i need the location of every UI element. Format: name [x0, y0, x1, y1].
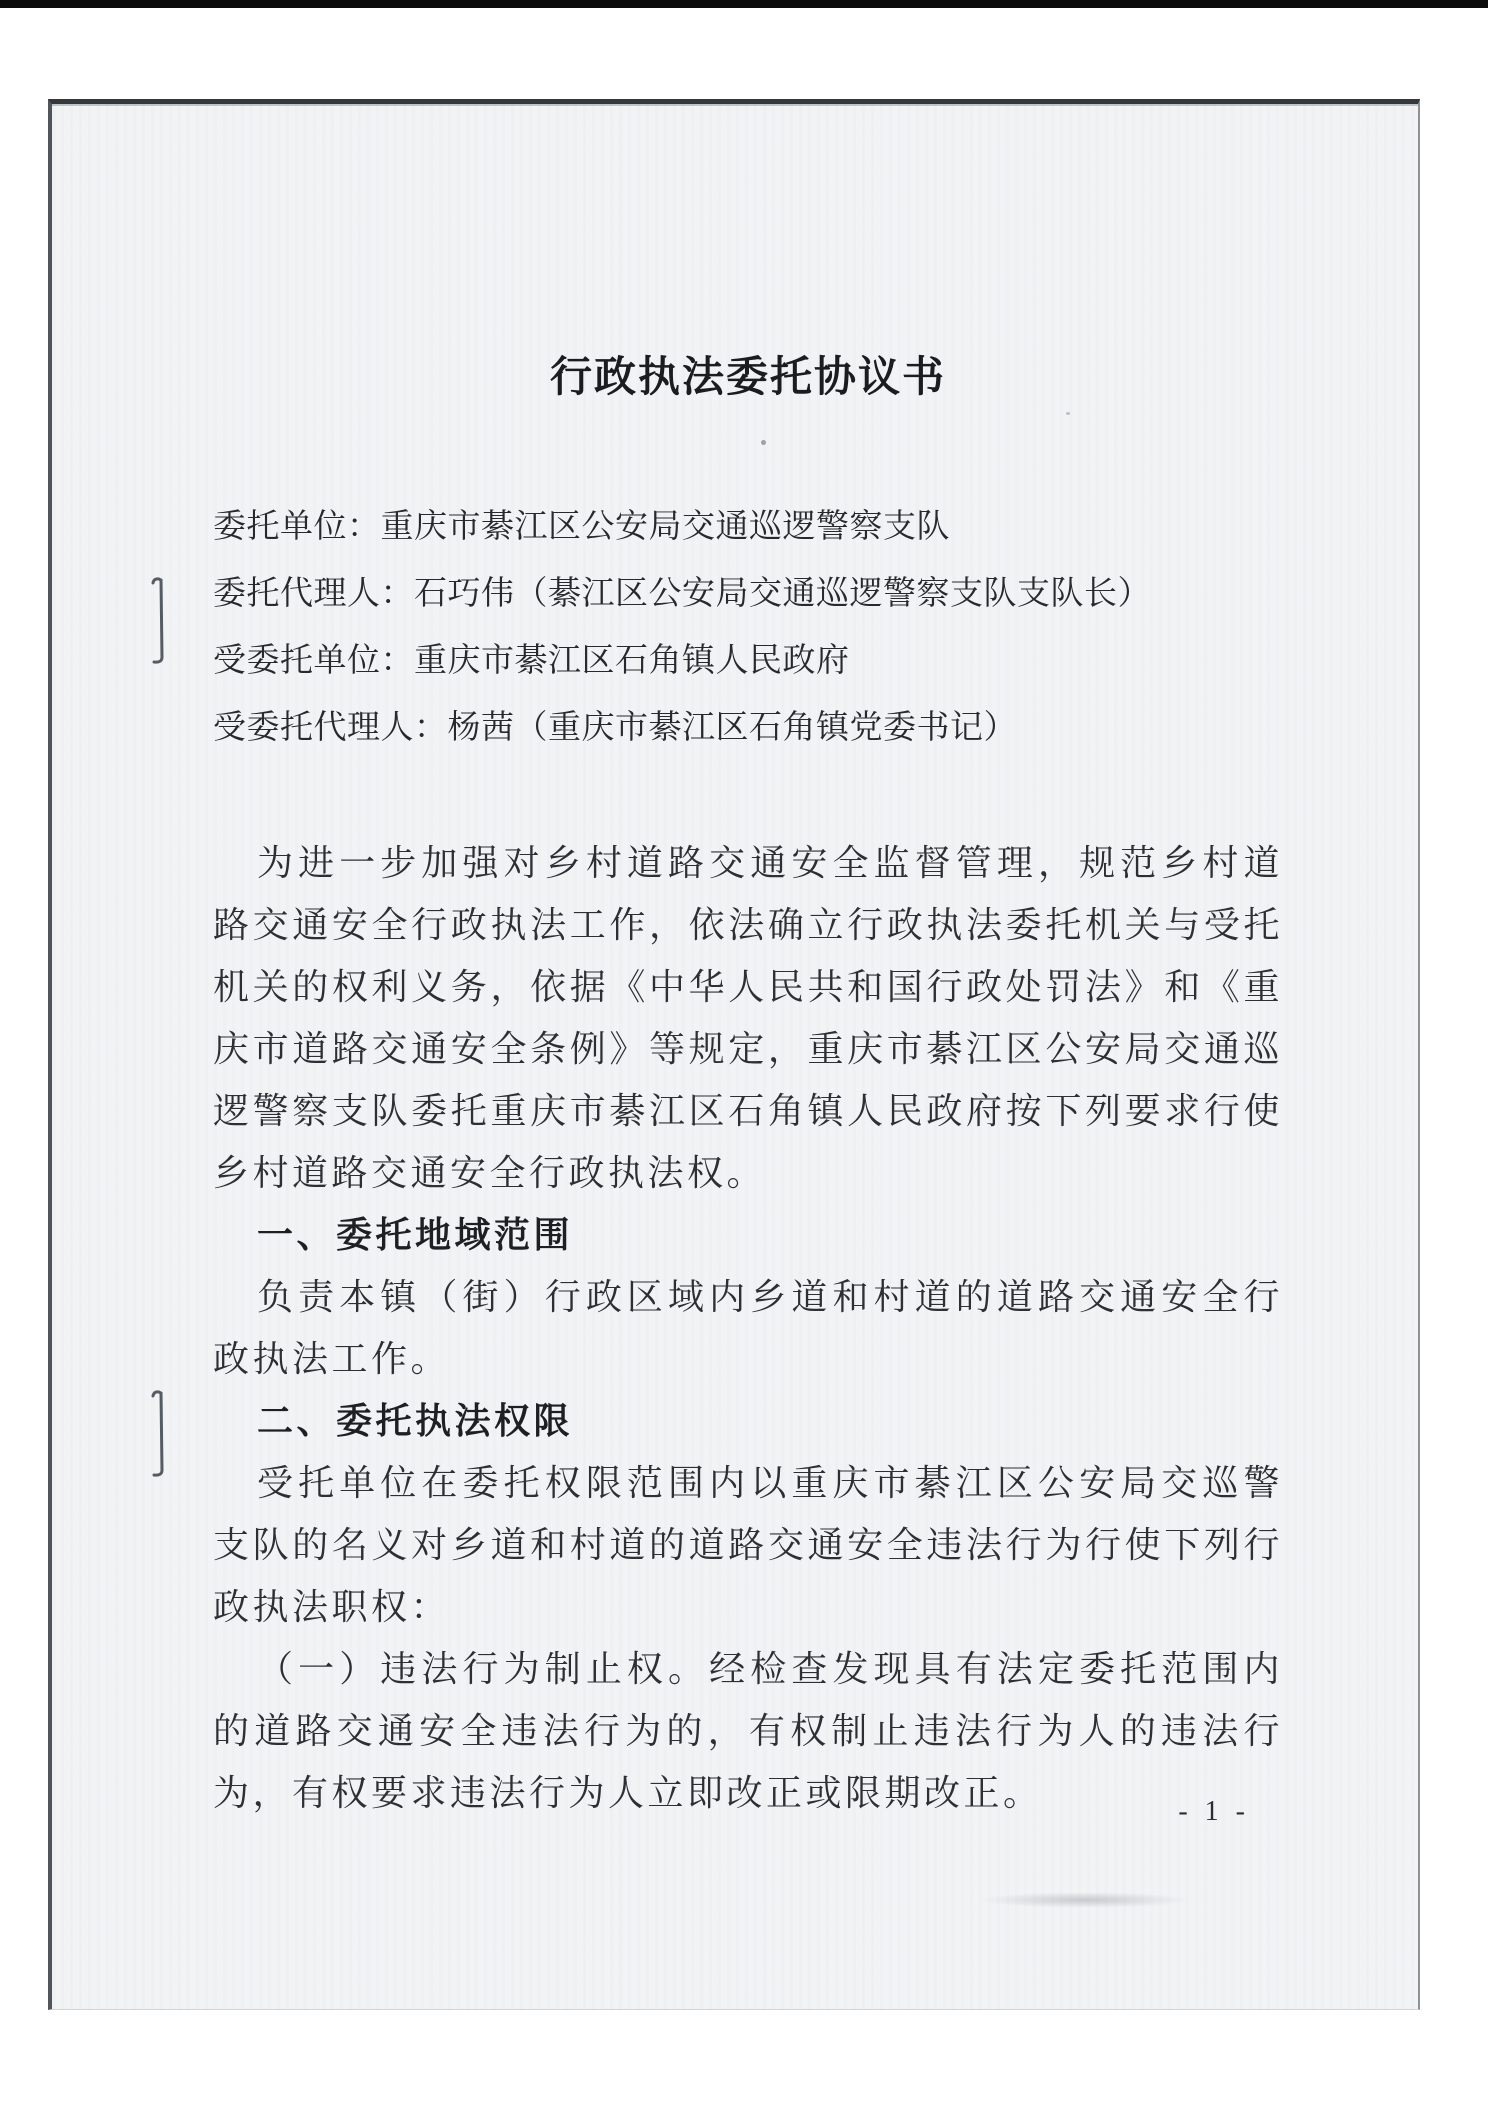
body-paragraph-scope: 负责本镇（街）行政区域内乡道和村道的道路交通安全行政执法工作。 [213, 1266, 1283, 1390]
party-line-entrusting-unit: 委托单位：重庆市綦江区公安局交通巡逻警察支队 [213, 494, 1283, 561]
document-title: 行政执法委托协议书 [213, 104, 1283, 404]
body-paragraph-item-1: （一）违法行为制止权。经检查发现具有法定委托范围内的道路交通安全违法行为的，有权… [213, 1638, 1283, 1824]
paper-page: 行政执法委托协议书 委托单位：重庆市綦江区公安局交通巡逻警察支队 委托代理人：石… [48, 99, 1420, 2010]
body-paragraph-authority-intro: 受托单位在委托权限范围内以重庆市綦江区公安局交巡警支队的名义对乡道和村道的道路交… [213, 1452, 1283, 1638]
scanner-top-band [0, 0, 1488, 8]
section-heading-2: 二、委托执法权限 [213, 1390, 1283, 1452]
party-line-entrusting-agent: 委托代理人：石巧伟（綦江区公安局交通巡逻警察支队支队长） [213, 561, 1283, 628]
party-line-entrusted-agent: 受委托代理人：杨茜（重庆市綦江区石角镇党委书记） [213, 695, 1283, 762]
scanned-document: 行政执法委托协议书 委托单位：重庆市綦江区公安局交通巡逻警察支队 委托代理人：石… [0, 0, 1488, 2104]
body-paragraph-preamble: 为进一步加强对乡村道路交通安全监督管理，规范乡村道路交通安全行政执法工作，依法确… [213, 832, 1283, 1204]
document-content: 行政执法委托协议书 委托单位：重庆市綦江区公安局交通巡逻警察支队 委托代理人：石… [52, 104, 1418, 2009]
page-number: - 1 - [1178, 1796, 1250, 1828]
section-heading-1: 一、委托地域范围 [213, 1204, 1283, 1266]
document-body: 为进一步加强对乡村道路交通安全监督管理，规范乡村道路交通安全行政执法工作，依法确… [213, 832, 1283, 1824]
parties-block: 委托单位：重庆市綦江区公安局交通巡逻警察支队 委托代理人：石巧伟（綦江区公安局交… [213, 494, 1283, 762]
party-line-entrusted-unit: 受委托单位：重庆市綦江区石角镇人民政府 [213, 628, 1283, 695]
